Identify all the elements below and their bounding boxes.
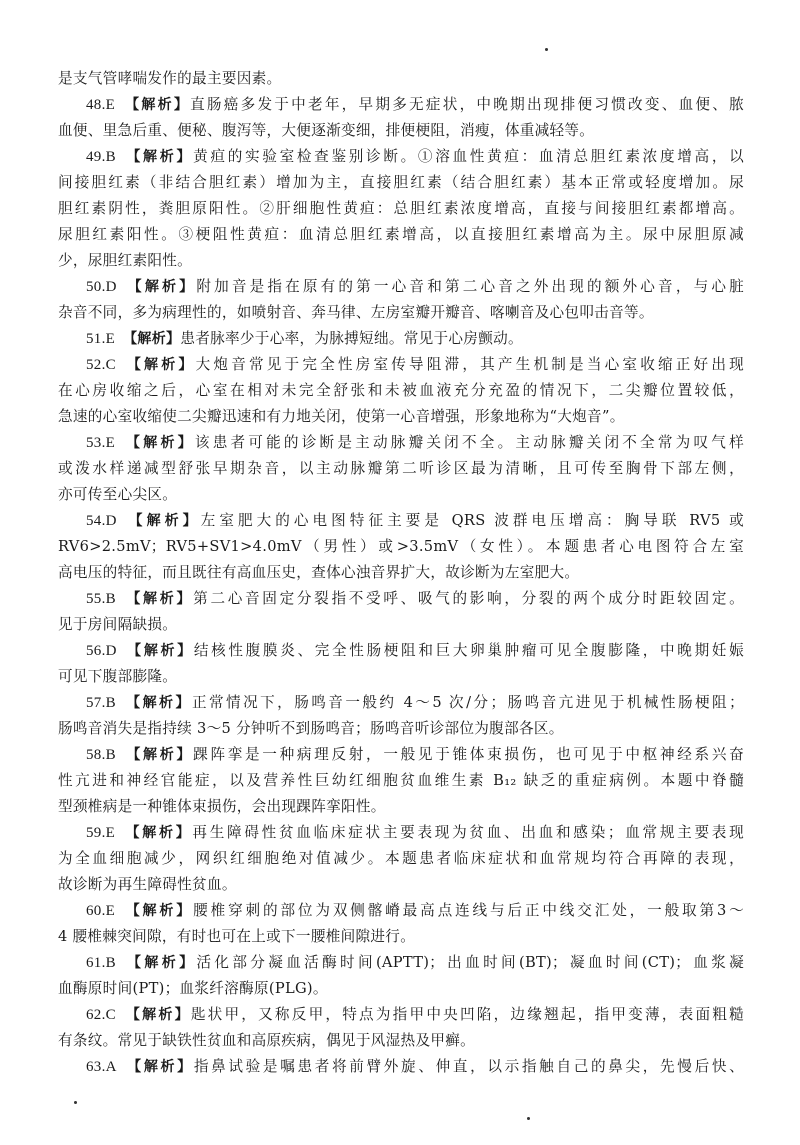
analysis-tag: 【解析】 (124, 1007, 191, 1023)
line-text: 尿胆红素阳性。③梗阻性黄疸：血清总胆红素增高，以直接胆红素增高为主。尿中尿胆原减 (58, 226, 744, 243)
line-text: 在心房收缩之后，心室在相对未完全舒张和未被血液充分充盈的情况下，二尖瓣位置较低， (58, 382, 744, 399)
answer-line: 55.B【解析】第二心音固定分裂指不受呼、吸气的影响，分裂的两个成分时距较固定。 (58, 586, 744, 612)
text-line: 有条纹。常见于缺铁性贫血和高原疾病，偶见于风湿热及甲癣。 (58, 1028, 744, 1054)
line-text: 附加音是指在原有的第一心音和第二心音之外出现的额外心音，与心脏 (196, 278, 744, 295)
line-text: 是支气管哮喘发作的最主要因素。 (58, 70, 281, 87)
line-text: 有条纹。常见于缺铁性贫血和高原疾病，偶见于风湿热及甲癣。 (58, 1032, 475, 1049)
line-text: 大炮音常见于完全性房室传导阻滞，其产生机制是当心室收缩正好出现 (196, 356, 744, 373)
line-text: 性亢进和神经官能症，以及营养性巨幼红细胞贫血维生素 B₁₂ 缺乏的重症病例。本题… (58, 772, 744, 789)
line-text: 少，尿胆红素阳性。 (58, 252, 192, 269)
line-text: 4 腰椎棘突间隙，有时也可在上或下一腰椎间隙进行。 (58, 928, 415, 945)
analysis-tag: 【解析】 (124, 591, 193, 607)
line-text: 第二心音固定分裂指不受呼、吸气的影响，分裂的两个成分时距较固定。 (193, 590, 744, 607)
line-text: 间接胆红素（非结合胆红素）增加为主，直接胆红素（结合胆红素）基本正常或轻度增加。… (58, 174, 744, 191)
line-text: 故诊断为再生障碍性贫血。 (58, 876, 237, 893)
analysis-tag: 【解析】 (125, 513, 201, 529)
line-text: 见于房间隔缺损。 (58, 616, 177, 633)
analysis-tag: 【解析】 (123, 331, 180, 347)
answer-line: 49.B【解析】黄疸的实验室检查鉴别诊断。①溶血性黄疸：血清总胆红素浓度增高，以 (58, 144, 744, 170)
analysis-tag: 【解析】 (125, 643, 194, 659)
text-line: 在心房收缩之后，心室在相对未完全舒张和未被血液充分充盈的情况下，二尖瓣位置较低， (58, 378, 744, 404)
text-line: 杂音不同，多为病理性的，如喷射音、奔马律、左房室瓣开瓣音、喀喇音及心包叩击音等。 (58, 300, 744, 326)
line-text: 杂音不同，多为病理性的，如喷射音、奔马律、左房室瓣开瓣音、喀喇音及心包叩击音等。 (58, 304, 654, 321)
answer-line: 51.E【解析】患者脉率少于心率，为脉搏短绌。常见于心房颤动。 (58, 326, 744, 352)
answer-line: 62.C【解析】匙状甲，又称反甲，特点为指甲中央凹陷，边缘翘起，指甲变薄，表面粗… (58, 1002, 744, 1028)
document-page: 是支气管哮喘发作的最主要因素。48.E【解析】直肠癌多发于中老年，早期多无症状，… (58, 66, 744, 1080)
line-text: 左室肥大的心电图特征主要是 QRS 波群电压增高：胸导联 RV5 或 (201, 512, 744, 529)
line-text: 可见下腹部膨隆。 (58, 668, 177, 685)
scan-speck (545, 48, 548, 51)
question-number: 58.B (86, 747, 116, 763)
answer-line: 60.E【解析】腰椎穿刺的部位为双侧髂嵴最高点连线与后正中线交汇处，一般取第3～ (58, 898, 744, 924)
line-text: 再生障碍性贫血临床症状主要表现为贫血、出血和感染；血常规主要表现 (192, 824, 744, 841)
analysis-tag: 【解析】 (125, 1059, 194, 1075)
line-text: 直肠癌多发于中老年，早期多无症状，中晚期出现排便习惯改变、血便、脓 (190, 96, 744, 113)
line-text: 腰椎穿刺的部位为双侧髂嵴最高点连线与后正中线交汇处，一般取第3～ (193, 902, 744, 919)
text-line: 性亢进和神经官能症，以及营养性巨幼红细胞贫血维生素 B₁₂ 缺乏的重症病例。本题… (58, 768, 744, 794)
line-text: 高电压的特征，而且既往有高血压史，查体心浊音界扩大，故诊断为左室肥大。 (58, 564, 579, 581)
text-line: 或泼水样递减型舒张早期杂音，以主动脉瓣第二听诊区最为清晰，且可传至胸骨下部左侧， (58, 456, 744, 482)
question-number: 63.A (86, 1059, 117, 1075)
answer-line: 56.D【解析】结核性腹膜炎、完全性肠梗阻和巨大卵巢肿瘤可见全腹膨隆，中晚期妊娠 (58, 638, 744, 664)
analysis-tag: 【解析】 (124, 149, 193, 165)
line-text: 活化部分凝血活酶时间(APTT)；出血时间(BT)；凝血时间(CT)；血浆凝 (196, 954, 744, 971)
question-number: 59.E (86, 825, 115, 841)
question-number: 49.B (86, 149, 116, 165)
text-line: 型颈椎病是一种锥体束损伤，会出现踝阵挛阳性。 (58, 794, 744, 820)
question-number: 57.B (86, 695, 116, 711)
analysis-tag: 【解析】 (124, 357, 196, 373)
line-text: 为全血细胞减少，网织红细胞绝对值减少。本题患者临床症状和血常规均符合再障的表现， (58, 850, 744, 867)
question-number: 52.C (86, 357, 116, 373)
answer-line: 61.B【解析】活化部分凝血活酶时间(APTT)；出血时间(BT)；凝血时间(C… (58, 950, 744, 976)
analysis-tag: 【解析】 (123, 825, 192, 841)
text-line: 高电压的特征，而且既往有高血压史，查体心浊音界扩大，故诊断为左室肥大。 (58, 560, 744, 586)
question-number: 62.C (86, 1007, 116, 1023)
text-line: RV6>2.5mV；RV5+SV1>4.0mV（男性）或>3.5mV（女性）。本… (58, 534, 744, 560)
analysis-tag: 【解析】 (123, 903, 193, 919)
line-text: 血酶原时间(PT)；血浆纤溶酶原(PLG)。 (58, 980, 328, 997)
line-text: 结核性腹膜炎、完全性肠梗阻和巨大卵巢肿瘤可见全腹膨隆，中晚期妊娠 (194, 642, 744, 659)
text-line: 尿胆红素阳性。③梗阻性黄疸：血清总胆红素增高，以直接胆红素增高为主。尿中尿胆原减 (58, 222, 744, 248)
analysis-tag: 【解析】 (125, 279, 197, 295)
text-line: 为全血细胞减少，网织红细胞绝对值减少。本题患者临床症状和血常规均符合再障的表现， (58, 846, 744, 872)
answer-line: 57.B【解析】正常情况下，肠鸣音一般约 4～5 次/分；肠鸣音亢进见于机械性肠… (58, 690, 744, 716)
text-line: 间接胆红素（非结合胆红素）增加为主，直接胆红素（结合胆红素）基本正常或轻度增加。… (58, 170, 744, 196)
text-line: 是支气管哮喘发作的最主要因素。 (58, 66, 744, 92)
line-text: 正常情况下，肠鸣音一般约 4～5 次/分；肠鸣音亢进见于机械性肠梗阻； (192, 694, 744, 711)
question-number: 48.E (86, 97, 115, 113)
question-number: 54.D (86, 513, 117, 529)
text-line: 血酶原时间(PT)；血浆纤溶酶原(PLG)。 (58, 976, 744, 1002)
text-line: 故诊断为再生障碍性贫血。 (58, 872, 744, 898)
line-text: 或泼水样递减型舒张早期杂音，以主动脉瓣第二听诊区最为清晰，且可传至胸骨下部左侧， (58, 460, 744, 477)
answer-line: 54.D【解析】左室肥大的心电图特征主要是 QRS 波群电压增高：胸导联 RV5… (58, 508, 744, 534)
line-text: 肠鸣音消失是指持续 3～5 分钟听不到肠鸣音；肠鸣音听诊部位为腹部各区。 (58, 720, 564, 737)
analysis-tag: 【解析】 (124, 747, 193, 763)
line-text: 患者脉率少于心率，为脉搏短绌。常见于心房颤动。 (180, 330, 523, 347)
line-text: RV6>2.5mV；RV5+SV1>4.0mV（男性）或>3.5mV（女性）。本… (58, 538, 744, 555)
line-text: 血便、里急后重、便秘、腹泻等，大便逐渐变细，排便梗阻，消瘦，体重减轻等。 (58, 122, 594, 139)
answer-line: 63.A【解析】指鼻试验是嘱患者将前臂外旋、伸直，以示指触自己的鼻尖，先慢后快、 (58, 1054, 744, 1080)
line-text: 亦可传至心尖区。 (58, 486, 177, 503)
question-number: 51.E (86, 331, 115, 347)
scan-speck (74, 1101, 77, 1104)
scan-speck (527, 1117, 530, 1120)
analysis-tag: 【解析】 (124, 695, 192, 711)
text-line: 胆红素阴性，粪胆原阳性。②肝细胞性黄疸：总胆红素浓度增高，直接与间接胆红素都增高… (58, 196, 744, 222)
text-line: 急速的心室收缩使二尖瓣迅速和有力地关闭，使第一心音增强，形象地称为“大炮音”。 (58, 404, 744, 430)
line-text: 该患者可能的诊断是主动脉瓣关闭不全。主动脉瓣关闭不全常为叹气样 (195, 434, 744, 451)
line-text: 胆红素阴性，粪胆原阳性。②肝细胞性黄疸：总胆红素浓度增高，直接与间接胆红素都增高… (58, 200, 744, 217)
analysis-tag: 【解析】 (123, 435, 195, 451)
text-line: 亦可传至心尖区。 (58, 482, 744, 508)
line-text: 匙状甲，又称反甲，特点为指甲中央凹陷，边缘翘起，指甲变薄，表面粗糙 (191, 1006, 744, 1023)
question-number: 53.E (86, 435, 115, 451)
answer-line: 58.B【解析】踝阵挛是一种病理反射，一般见于锥体束损伤，也可见于中枢神经系兴奋 (58, 742, 744, 768)
answer-line: 52.C【解析】大炮音常见于完全性房室传导阻滞，其产生机制是当心室收缩正好出现 (58, 352, 744, 378)
question-number: 60.E (86, 903, 115, 919)
line-text: 踝阵挛是一种病理反射，一般见于锥体束损伤，也可见于中枢神经系兴奋 (193, 746, 744, 763)
answer-line: 48.E【解析】直肠癌多发于中老年，早期多无症状，中晚期出现排便习惯改变、血便、… (58, 92, 744, 118)
question-number: 56.D (86, 643, 117, 659)
line-text: 黄疸的实验室检查鉴别诊断。①溶血性黄疸：血清总胆红素浓度增高，以 (193, 148, 744, 165)
text-line: 可见下腹部膨隆。 (58, 664, 744, 690)
analysis-tag: 【解析】 (123, 97, 190, 113)
text-line: 少，尿胆红素阳性。 (58, 248, 744, 274)
text-line: 肠鸣音消失是指持续 3～5 分钟听不到肠鸣音；肠鸣音听诊部位为腹部各区。 (58, 716, 744, 742)
answer-line: 59.E【解析】再生障碍性贫血临床症状主要表现为贫血、出血和感染；血常规主要表现 (58, 820, 744, 846)
analysis-tag: 【解析】 (124, 955, 196, 971)
line-text: 急速的心室收缩使二尖瓣迅速和有力地关闭，使第一心音增强，形象地称为“大炮音”。 (58, 408, 625, 425)
line-text: 型颈椎病是一种锥体束损伤，会出现踝阵挛阳性。 (58, 798, 386, 815)
text-line: 血便、里急后重、便秘、腹泻等，大便逐渐变细，排便梗阻，消瘦，体重减轻等。 (58, 118, 744, 144)
line-text: 指鼻试验是嘱患者将前臂外旋、伸直，以示指触自己的鼻尖，先慢后快、 (194, 1058, 744, 1075)
answer-line: 53.E【解析】该患者可能的诊断是主动脉瓣关闭不全。主动脉瓣关闭不全常为叹气样 (58, 430, 744, 456)
question-number: 61.B (86, 955, 116, 971)
answer-line: 50.D【解析】附加音是指在原有的第一心音和第二心音之外出现的额外心音，与心脏 (58, 274, 744, 300)
question-number: 50.D (86, 279, 117, 295)
question-number: 55.B (86, 591, 116, 607)
text-line: 见于房间隔缺损。 (58, 612, 744, 638)
text-line: 4 腰椎棘突间隙，有时也可在上或下一腰椎间隙进行。 (58, 924, 744, 950)
